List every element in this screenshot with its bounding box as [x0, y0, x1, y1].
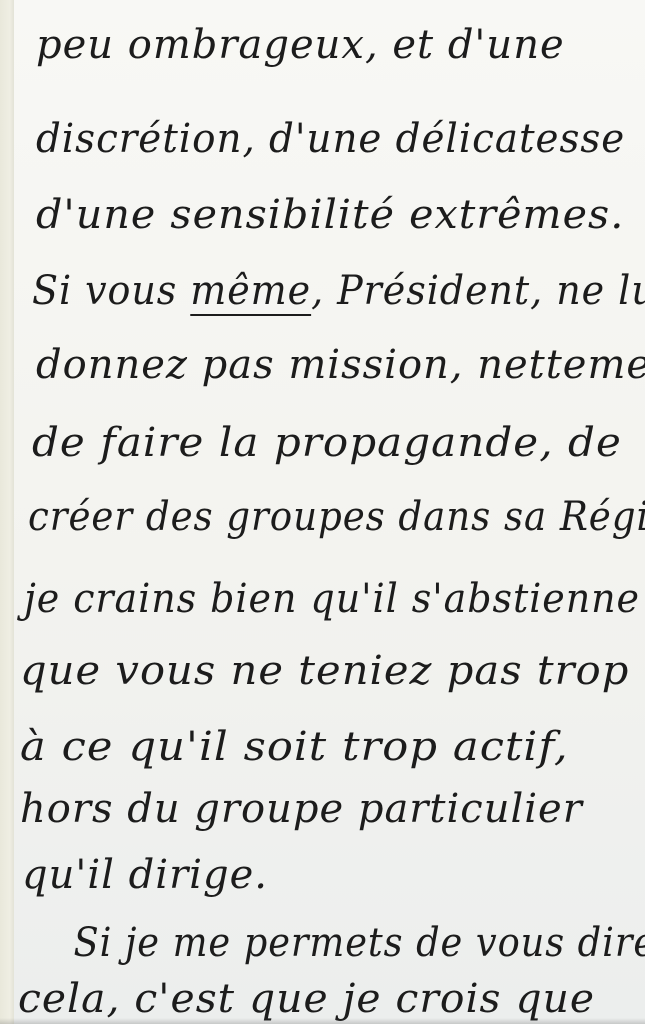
handwritten-line-4: Si vous même, Président, ne lui: [32, 268, 645, 314]
handwritten-line-6: de faire la propagande, de: [32, 420, 622, 466]
handwritten-line-1: peu ombrageux, et d'une: [36, 22, 565, 68]
handwritten-line-10: à ce qu'il soit trop actif,: [20, 724, 569, 770]
handwritten-line-13: Si je me permets de vous dire: [22, 920, 645, 966]
page-bottom-shadow: [0, 1018, 645, 1024]
letter-page: peu ombrageux, et d'une discrétion, d'un…: [14, 0, 645, 1024]
handwritten-line-12: qu'il dirige.: [22, 852, 268, 898]
handwritten-line-14: cela, c'est que je crois que: [18, 976, 595, 1022]
handwritten-line-7: créer des groupes dans sa Région: [28, 494, 645, 540]
handwritten-line-9: que vous ne teniez pas trop: [20, 648, 629, 694]
handwritten-line-5: donnez pas mission, nettement: [36, 342, 645, 388]
underlined-word: même: [190, 268, 311, 314]
line-4-end: , Président, ne lui: [311, 268, 645, 314]
line-4-start: Si vous: [32, 268, 190, 314]
handwritten-line-11: hors du groupe particulier: [20, 786, 583, 832]
handwritten-line-8: je crains bien qu'il s'abstienne: [24, 576, 640, 622]
handwritten-line-2: discrétion, d'une délicatesse: [36, 116, 625, 162]
book-spine-edge: [0, 0, 14, 1024]
handwritten-line-3: d'une sensibilité extrêmes.: [36, 192, 624, 238]
